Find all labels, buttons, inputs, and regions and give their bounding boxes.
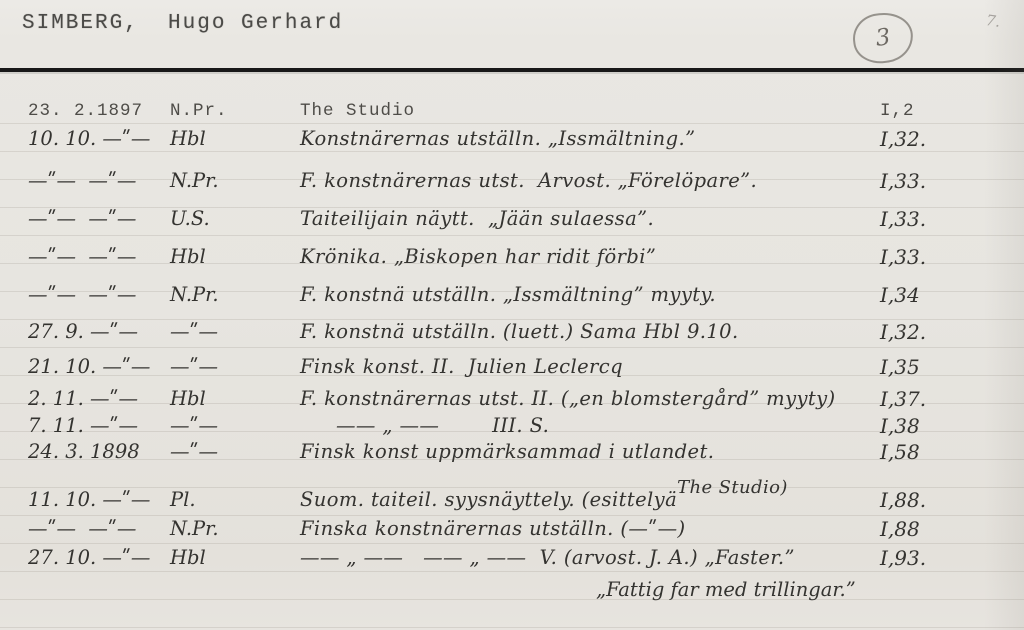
entry-title: F. konstnä utställn. (luett.) Sama Hbl 9… — [300, 320, 875, 343]
entry-reference: I,34 — [880, 283, 920, 307]
entry-source: —ʺ— — [170, 414, 218, 437]
entry-source: Hbl — [170, 387, 206, 410]
entry-date: —ʺ— —ʺ— — [28, 283, 136, 306]
entry-date: —ʺ— —ʺ— — [28, 207, 136, 230]
entry-reference: I,35 — [880, 355, 920, 379]
entry-reference: I,38 — [880, 414, 920, 438]
entry-row: —ʺ— —ʺ— U.S. Taiteilijain näytt. „Jään s… — [0, 207, 1024, 237]
entry-source: N.Pr. — [170, 283, 219, 306]
entry-row: —ʺ— —ʺ— N.Pr. F. konstnärernas utst. Arv… — [0, 169, 1024, 199]
entry-row: —ʺ— —ʺ— N.Pr. Finska konstnärernas utstä… — [0, 517, 1024, 547]
entry-source: N.Pr. — [170, 101, 228, 121]
entry-date: 24. 3. 1898 — [28, 440, 140, 463]
entry-source: Pl. — [170, 488, 196, 511]
page-number: 3 — [874, 24, 892, 52]
entry-reference: I,93. — [880, 546, 926, 570]
entry-title: F. konstnärernas utst. II. („en blomster… — [300, 387, 875, 410]
entry-title: Finsk konst uppmärksammad i utlandet. — [300, 440, 875, 463]
entry-source: Hbl — [170, 546, 206, 569]
entry-title: —— „ —— III. S. — [336, 414, 911, 437]
entry-date: —ʺ— —ʺ— — [28, 169, 136, 192]
entry-title: Finsk konst. II. Julien Leclercq — [300, 355, 875, 378]
entry-row: 10. 10. —ʺ— Hbl Konstnärernas utställn. … — [0, 127, 1024, 157]
card-heading: SIMBERG, Hugo Gerhard — [22, 12, 343, 35]
entry-reference: I,32. — [880, 320, 926, 344]
entry-date: 11. 10. —ʺ— — [28, 488, 150, 511]
entry-date: 21. 10. —ʺ— — [28, 355, 150, 378]
entry-title: F. konstnärernas utst. Arvost. „Förelöpa… — [300, 169, 875, 192]
entry-reference: I,88 — [880, 517, 920, 541]
entry-title: F. konstnä utställn. „Issmältning” myyty… — [300, 283, 875, 306]
entry-reference: I,37. — [880, 387, 926, 411]
entry-row: —ʺ— —ʺ— N.Pr. F. konstnä utställn. „Issm… — [0, 283, 1024, 313]
entry-date: 2. 11. —ʺ— — [28, 387, 138, 410]
entry-date: 10. 10. —ʺ— — [28, 127, 150, 150]
entry-reference: I,33. — [880, 207, 926, 231]
entry-row: 27. 9. —ʺ— —ʺ— F. konstnä utställn. (lue… — [0, 320, 1024, 350]
entry-reference: I,33. — [880, 169, 926, 193]
entry-date: 7. 11. —ʺ— — [28, 414, 138, 437]
entry-row: 21. 10. —ʺ— —ʺ— Finsk konst. II. Julien … — [0, 355, 1024, 385]
entry-reference: I,58 — [880, 440, 920, 464]
pencil-corner-mark: 7. — [985, 11, 1002, 31]
entry-row: 11. 10. —ʺ— Pl. Suom. taiteil. syysnäytt… — [0, 488, 1024, 518]
entry-title: —— „ —— —— „ —— V. (arvost. J. A.) „Fast… — [300, 546, 875, 569]
entry-source: —ʺ— — [170, 440, 218, 463]
entry-row: 2. 11. —ʺ— Hbl F. konstnärernas utst. II… — [0, 387, 1024, 417]
entry-source: Hbl — [170, 245, 206, 268]
header-rule — [0, 68, 1024, 72]
archive-index-card: SIMBERG, Hugo Gerhard 3 7. 23. 2.1897 N.… — [0, 0, 1024, 630]
entry-date: 27. 10. —ʺ— — [28, 546, 150, 569]
entry-row: —ʺ— —ʺ— Hbl Krönika. „Biskopen har ridit… — [0, 245, 1024, 275]
entry-date: 23. 2.1897 — [28, 101, 143, 121]
entry-date: —ʺ— —ʺ— — [28, 245, 136, 268]
entry-source: N.Pr. — [170, 517, 219, 540]
entry-date: 27. 9. —ʺ— — [28, 320, 138, 343]
inserted-text: The Studio) — [677, 477, 788, 498]
entry-date: —ʺ— —ʺ— — [28, 517, 136, 540]
entry-row: 24. 3. 1898 —ʺ— Finsk konst uppmärksamma… — [0, 440, 1024, 470]
entry-title: Suom. taiteil. syysnäyttely. (esittelyäT… — [300, 488, 875, 511]
entry-title: Taiteilijain näytt. „Jään sulaessa”. — [300, 207, 875, 230]
entry-source: U.S. — [170, 207, 210, 230]
entry-title: Finska konstnärernas utställn. (—ʺ—) — [300, 517, 875, 540]
entry-reference: I,2 — [880, 101, 915, 121]
entry-source: —ʺ— — [170, 320, 218, 343]
entry-reference: I,88. — [880, 488, 926, 512]
entry-reference: I,33. — [880, 245, 926, 269]
entry-source: —ʺ— — [170, 355, 218, 378]
entry-title-continuation: „Fattig far med trillingar.” — [596, 578, 856, 601]
entry-source: N.Pr. — [170, 169, 219, 192]
entry-reference: I,32. — [880, 127, 926, 151]
entry-title: Krönika. „Biskopen har ridit förbi” — [300, 245, 875, 268]
entry-title: The Studio — [300, 101, 875, 121]
page-number-circle: 3 — [850, 10, 916, 67]
entry-row: 27. 10. —ʺ— Hbl —— „ —— —— „ —— V. (arvo… — [0, 546, 1024, 576]
entry-source: Hbl — [170, 127, 206, 150]
entry-title: Konstnärernas utställn. „Issmältning.” — [300, 127, 875, 150]
